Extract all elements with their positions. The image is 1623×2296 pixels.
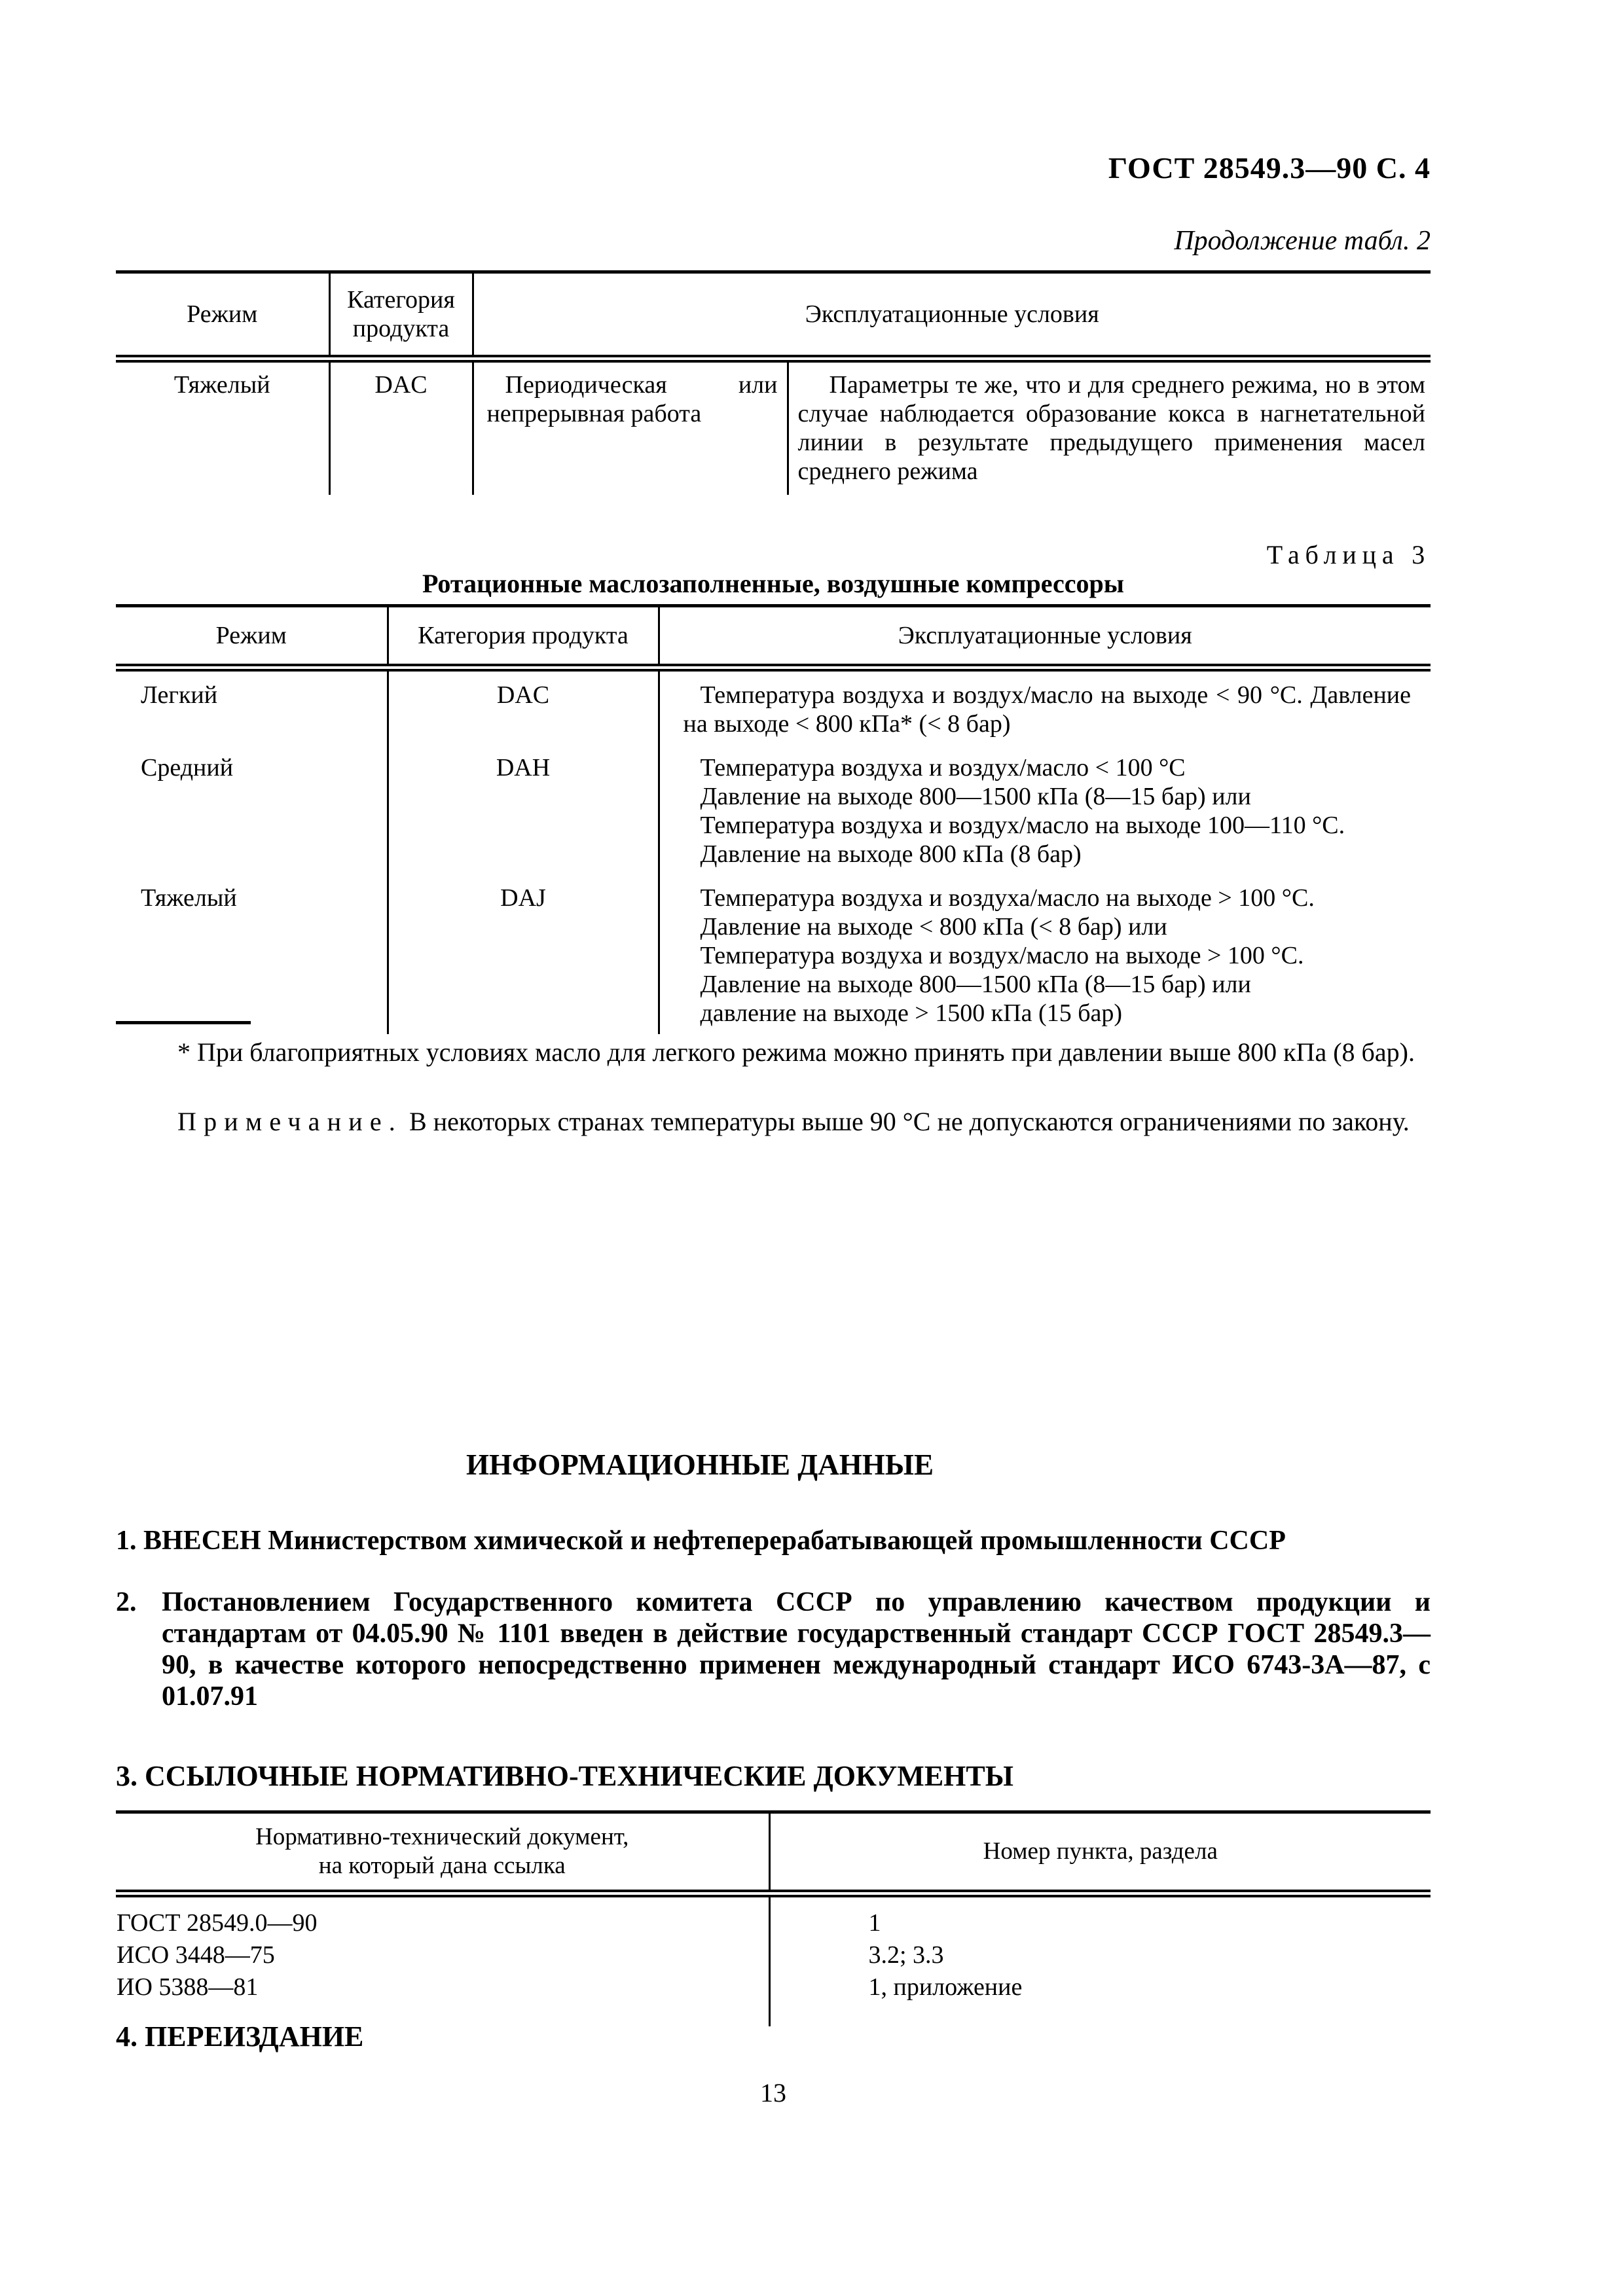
table2-header-conditions: Эксплуатационные условия [473,272,1431,359]
table3-row-heavy: Тяжелый DAJ Температура воздуха и воздух… [116,883,1431,1034]
table3-row-medium: Средний DAH Температура воздуха и воздух… [116,753,1431,883]
reference-cell-document: ИСО 3448—75 [116,1939,769,1971]
table3-cell-category: DAC [388,668,659,753]
page-number: 13 [116,2077,1431,2108]
table2-header-mode: Режим [116,272,329,359]
reference-cell-document: ИО 5388—81 [116,1971,769,2026]
note-label: Примечание. [177,1107,403,1136]
info-item-4: 4. ПЕРЕИЗДАНИЕ [116,2021,1431,2053]
page-header: ГОСТ 28549.3—90 С. 4 [116,151,1431,185]
table2-cell-category: DAC [329,359,473,495]
info-item-2-number: 2. [116,1587,162,1712]
table3-label: Таблица 3 [116,539,1431,570]
reference-cell-section: 1, приложение [769,1971,1431,2026]
table3-note: Примечание. В некоторых странах температ… [116,1106,1431,1138]
table2-continuation: Режим Категория продукта Эксплуатационны… [116,270,1431,495]
table3-cell-mode: Средний [116,753,388,883]
table2-header-category: Категория продукта [329,272,473,359]
info-item-2: 2. Постановлением Государственного комит… [116,1587,1431,1712]
table2-header-row: Режим Категория продукта Эксплуатационны… [116,272,1431,359]
table3-cell-category: DAJ [388,883,659,1034]
table2-row: Тяжелый DAC Периодическая или непрерывна… [116,359,1431,495]
info-section-heading: ИНФОРМАЦИОННЫЕ ДАННЫЕ [116,1448,1431,1482]
reference-cell-section: 3.2; 3.3 [769,1939,1431,1971]
table3-footnote: * При благоприятных условиях масло для л… [116,1037,1431,1068]
note-text: В некоторых странах температуры выше 90 … [409,1107,1410,1136]
table3-cell-category: DAH [388,753,659,883]
reference-cell-document: ГОСТ 28549.0—90 [116,1893,769,1939]
table3-row-light: Легкий DAC Температура воздуха и воздух/… [116,668,1431,753]
table3-title: Ротационные маслозаполненные, воздушные … [116,568,1431,599]
table3-cell-conditions: Температура воздуха и воздуха/масло на в… [659,883,1431,1034]
reference-table-header-row: Нормативно-технический документ, на кото… [116,1812,1431,1894]
table3-cell-conditions: Температура воздуха и воздух/масло на вы… [659,668,1431,753]
table2-cell-operation: Периодическая или непрерывная работа [473,359,788,495]
reference-header-document: Нормативно-технический документ, на кото… [116,1812,769,1894]
table2-continuation-label: Продолжение табл. 2 [116,225,1431,257]
table3-cell-conditions: Температура воздуха и воздух/масло < 100… [659,753,1431,883]
reference-cell-section: 1 [769,1893,1431,1939]
info-item-1: 1. ВНЕСЕН Министерством химической и неф… [116,1525,1431,1556]
reference-header-section: Номер пункта, раздела [769,1812,1431,1894]
reference-row: ИСО 3448—75 3.2; 3.3 [116,1939,1431,1971]
table2-cell-conditions: Параметры те же, что и для среднего режи… [788,359,1431,495]
reference-table: Нормативно-технический документ, на кото… [116,1810,1431,2026]
table3-header-conditions: Эксплуатационные условия [659,606,1431,668]
table3-header-category: Категория продукта [388,606,659,668]
footnote-divider [116,1021,251,1024]
table3-cell-mode: Тяжелый [116,883,388,1034]
reference-row: ИО 5388—81 1, приложение [116,1971,1431,2026]
reference-row: ГОСТ 28549.0—90 1 [116,1893,1431,1939]
info-item-3: 3. ССЫЛОЧНЫЕ НОРМАТИВНО-ТЕХНИЧЕСКИЕ ДОКУ… [116,1761,1431,1792]
document-page: ГОСТ 28549.3—90 С. 4 Продолжение табл. 2… [0,0,1623,2296]
info-item-2-text: Постановлением Государственного комитета… [162,1587,1431,1712]
table3: Режим Категория продукта Эксплуатационны… [116,604,1431,1034]
table3-header-row: Режим Категория продукта Эксплуатационны… [116,606,1431,668]
table3-cell-mode: Легкий [116,668,388,753]
table2-cell-mode: Тяжелый [116,359,329,495]
table3-header-mode: Режим [116,606,388,668]
